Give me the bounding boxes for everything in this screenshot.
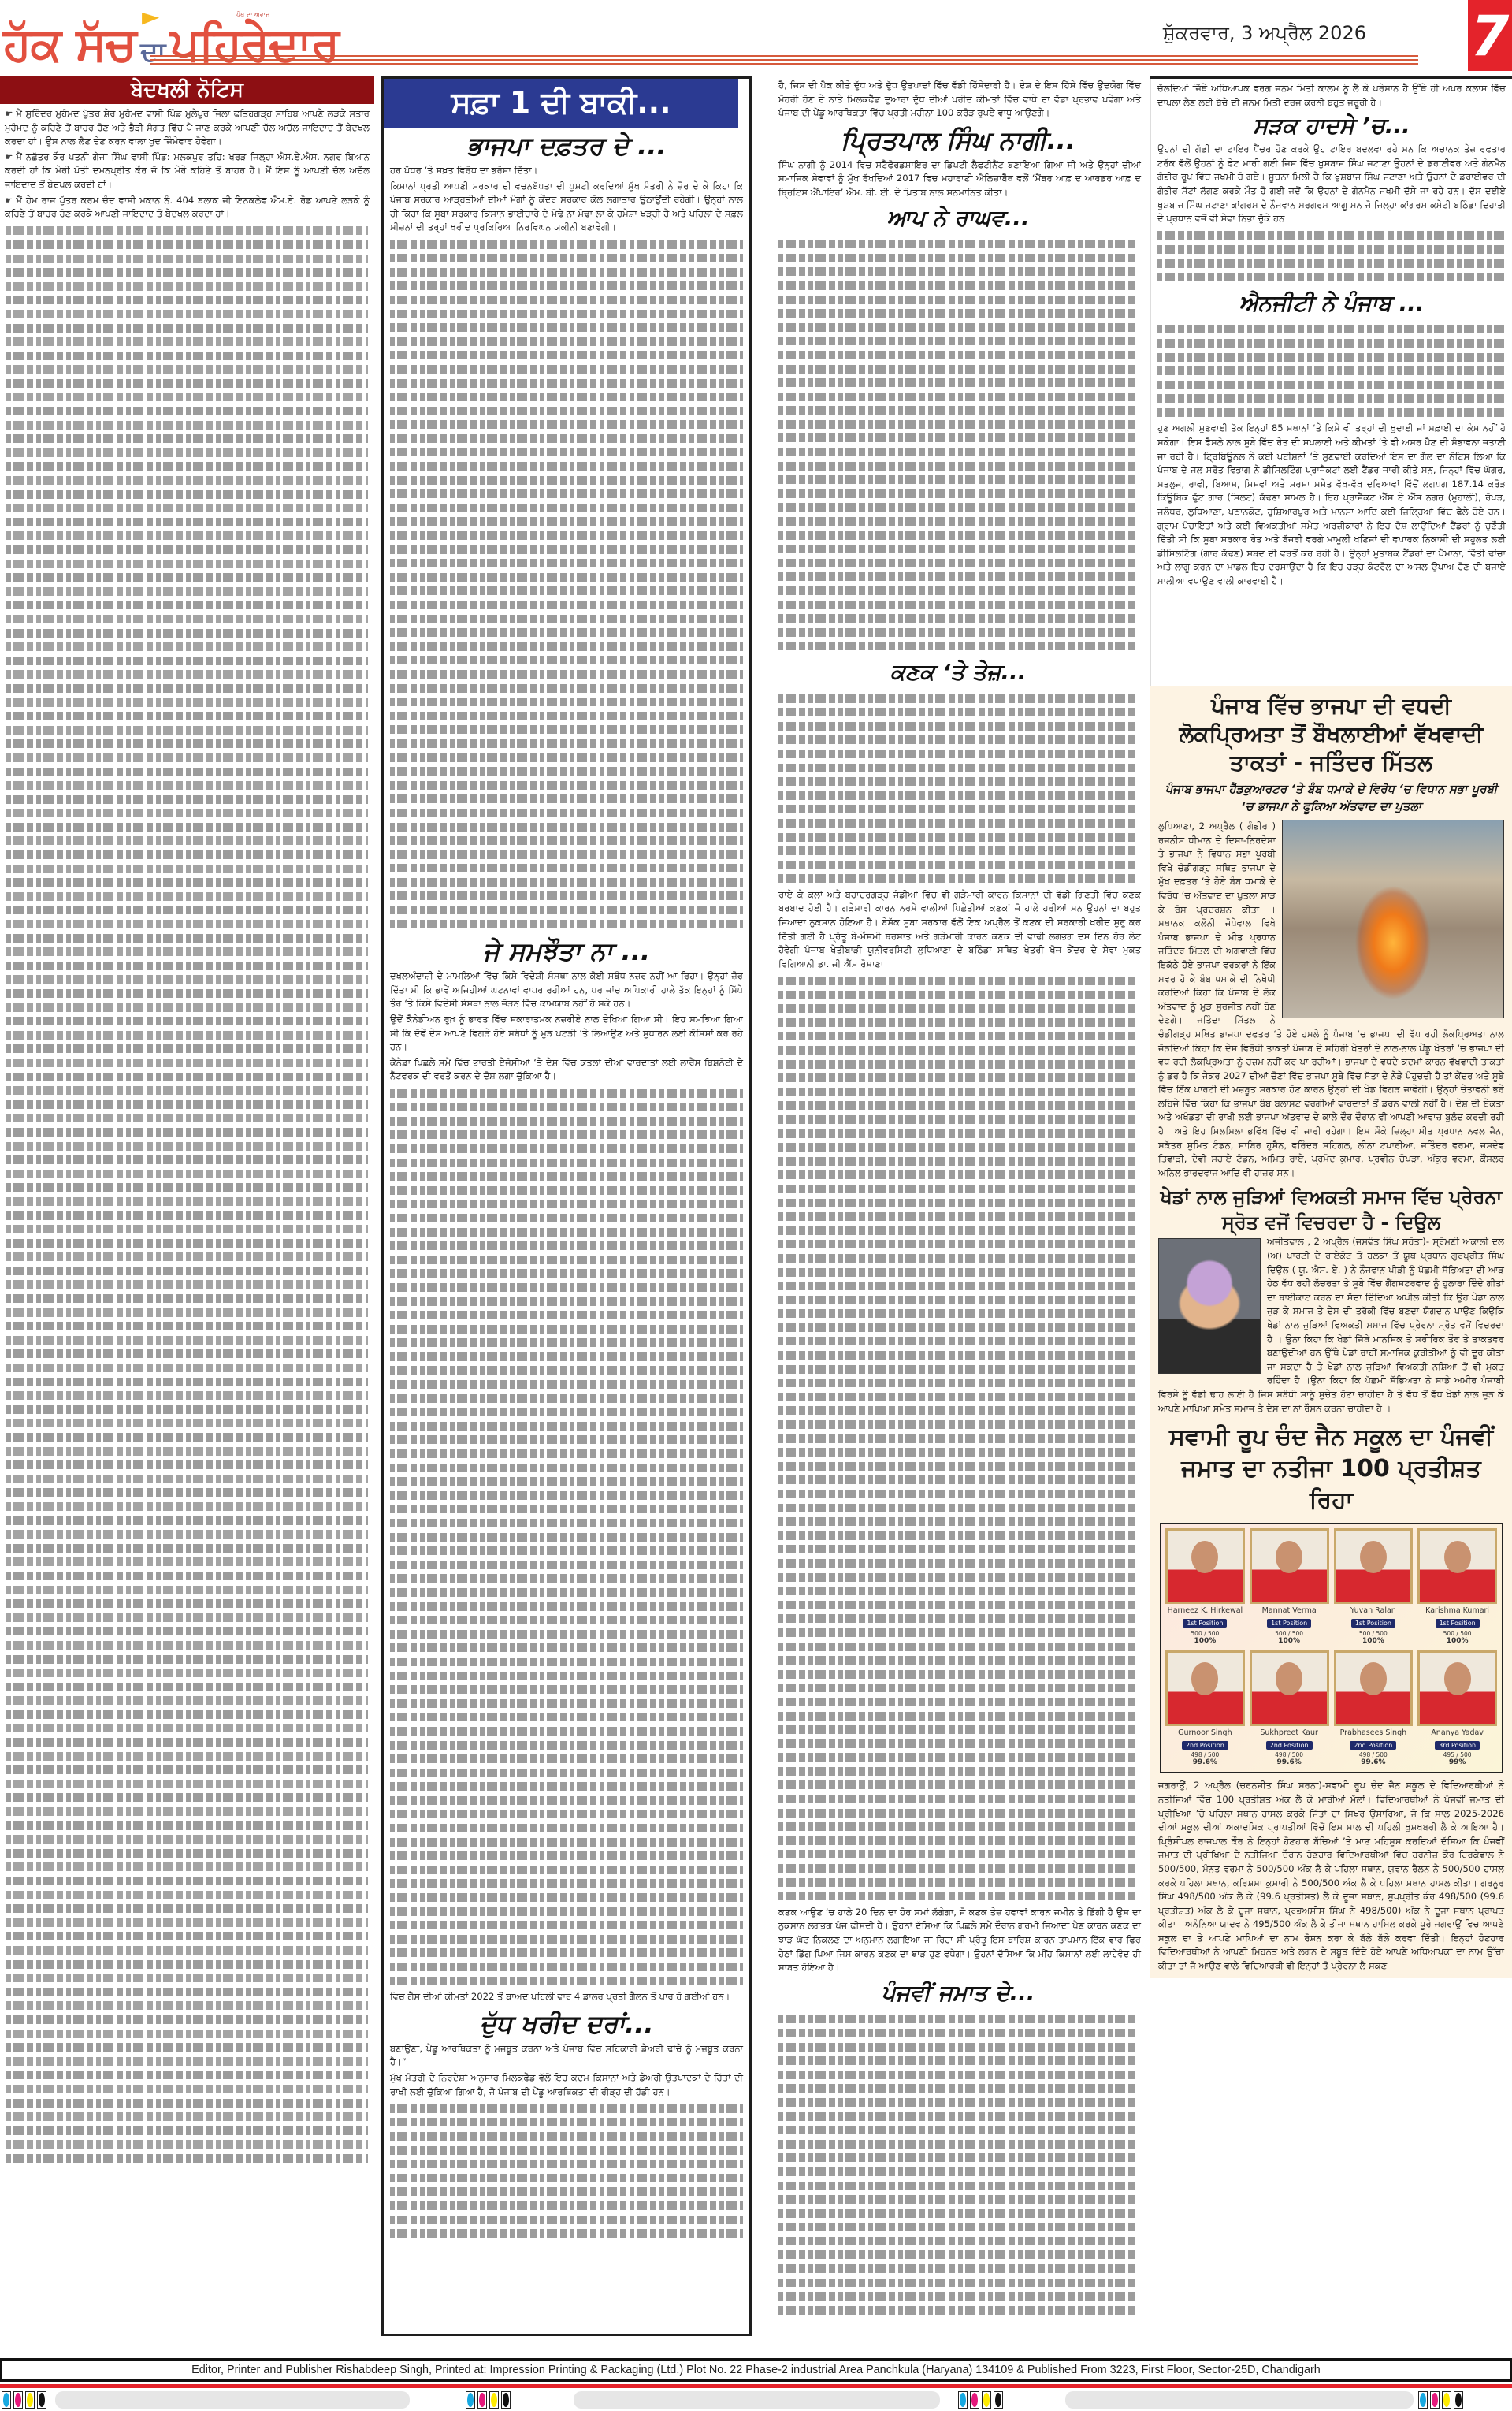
cmyk-registration-marks [958,2391,1003,2409]
article-text-continued [384,1089,749,1985]
student-name: Prabhasees Singh [1334,1728,1414,1738]
article-text-continued [772,977,1144,1900]
student-name: Ananya Yadav [1417,1728,1497,1738]
article-paragraph: ਸਿੰਘ ਨਾਗੀ ਨੂੰ 2014 ਵਿਚ ਸਟੈਫੋਰਡਸ਼ਾਇਰ ਦਾ ਡ… [772,158,1144,200]
student-score: 495 / 500 [1417,1751,1497,1758]
notice-text: ਮੈਂ ਸੁਰਿੰਦਰ ਮੁਹੰਮਦ ਪੁੱਤਰ ਸ਼ੇਰ ਮੁਹੰਮਦ ਵਾਸ… [5,108,370,147]
notice-item: ☛ਮੈਂ ਨਛੱਤਰ ਕੌਰ ਪਤਨੀ ਗੇਜਾ ਸਿੰਘ ਵਾਸੀ ਪਿੰਡ:… [0,151,374,192]
right-column: ਚੱਲਦਿਆਂ ਜਿੱਥੇ ਅਧਿਆਪਕ ਵਰਗ ਜਨਮ ਮਿਤੀ ਕਾਲਮ ਨ… [1150,76,1512,2336]
magenta-mark-icon [13,2391,23,2409]
story-subheadline: ਪੰਜਾਬ ਭਾਜਪਾ ਹੈੱਡਕੁਆਰਟਰ ‘ਤੇ ਬੰਬ ਧਮਾਕੇ ਦੇ … [1158,780,1504,815]
student-photo [1165,1650,1245,1726]
student-card: Harneez K. Hirkewal1st Position500 / 500… [1165,1528,1245,1646]
student-photo [1165,1528,1245,1604]
student-name: Karishma Kumari [1417,1605,1497,1616]
section-heading: ਸੜਕ ਹਾਦਸੇ ’ਚ... [1157,110,1506,143]
story-body: ਜਗਰਾਉਂ, 2 ਅਪ੍ਰੈਲ (ਚਰਨਜੀਤ ਸਿੰਘ ਸਰਨਾ)-ਸਵਾਮ… [1158,1779,1504,1973]
logo-text-part1: ਹੱਕ ਸੱਚ [3,20,136,68]
cmyk-registration-marks [2,2391,46,2409]
notice-item: ☛ਮੈਂ ਹੇਮ ਰਾਜ ਪੁੱਤਰ ਕਰਮ ਚੰਦ ਵਾਸੀ ਮਕਾਨ ਨੰ.… [0,194,374,221]
student-card: Sukhpreet Kaur2nd Position498 / 50099.6% [1250,1650,1329,1768]
article-text-continued [1157,325,1506,417]
story-headline: ਪੰਜਾਬ ਵਿੱਚ ਭਾਜਪਾ ਦੀ ਵਧਦੀ ਲੋਕਪ੍ਰਿਅਤਾ ਤੋਂ … [1158,692,1504,777]
student-photo [1250,1528,1329,1604]
article-text-continued [384,240,749,928]
article-paragraph: ਚੱਲਦਿਆਂ ਜਿੱਥੇ ਅਧਿਆਪਕ ਵਰਗ ਜਨਮ ਮਿਤੀ ਕਾਲਮ ਨ… [1157,82,1506,110]
position-badge: 2nd Position [1266,1741,1313,1750]
student-name: Gurnoor Singh [1165,1728,1245,1738]
position-badge: 1st Position [1267,1619,1311,1628]
pointing-hand-icon: ☛ [5,151,13,162]
article-paragraph: ਵਿਚ ਗੈਸ ਦੀਆਂ ਕੀਮਤਾਂ 2022 ਤੋਂ ਬਾਅਦ ਪਹਿਲੀ … [384,1990,749,2004]
masthead-rules [150,55,1418,69]
section-heading: ਪੰਜਵੀਂ ਜਮਾਤ ਦੇ... [772,1977,1144,2010]
print-registration-strip [0,2390,1512,2411]
section-heading: ਆਪ ਨੇ ਰਾਘਵ... [772,202,1144,235]
student-score: 498 / 500 [1165,1751,1245,1758]
story-headline: ਖੇਡਾਂ ਨਾਲ ਜੁੜਿਆਂ ਵਿਅਕਤੀ ਸਮਾਜ ਵਿੱਚ ਪ੍ਰੇਰਨ… [1158,1185,1504,1235]
continued-stories-column: ਸਫ਼ਾ 1 ਦੀ ਬਾਕੀ... ਭਾਜਪਾ ਦਫ਼ਤਰ ਦੇ ... ਹਰ … [381,76,752,2336]
registration-bar [1065,2391,1414,2409]
publisher-imprint: Editor, Printer and Publisher Rishabdeep… [0,2358,1512,2382]
article-paragraph: ਉਹਨਾਂ ਦੀ ਗੱਡੀ ਦਾ ਟਾਇਰ ਪੈਂਚਰ ਹੋਣ ਕਰਕੇ ਉਹ … [1157,143,1506,226]
article-paragraph: ਹਰ ਪੱਧਰ ‘ਤੇ ਸਖ਼ਤ ਵਿਰੋਧ ਦਾ ਭਰੋਸਾ ਦਿੱਤਾ। [384,164,749,178]
student-score: 498 / 500 [1250,1751,1329,1758]
cyan-mark-icon [2,2391,11,2409]
continued-from-page1-banner: ਸਫ਼ਾ 1 ਦੀ ਬਾਕੀ... [384,79,738,128]
article-text-continued [772,694,1144,884]
student-photo [1334,1528,1414,1604]
student-card: Prabhasees Singh2nd Position498 / 50099.… [1334,1650,1414,1768]
student-card: Karishma Kumari1st Position500 / 500100% [1417,1528,1497,1646]
yellow-mark-icon [1442,2391,1451,2409]
magenta-mark-icon [1430,2391,1440,2409]
article-paragraph: ਕਣਕ ਆਉਣ ‘ਚ ਹਾਲੇ 20 ਦਿਨ ਦਾ ਹੋਰ ਸਮਾਂ ਲੱਗੇਗ… [772,1906,1144,1975]
notice-text: ਮੈਂ ਹੇਮ ਰਾਜ ਪੁੱਤਰ ਕਰਮ ਚੰਦ ਵਾਸੀ ਮਕਾਨ ਨੰ. … [5,195,370,220]
effigy-burning-protest-photo [1282,820,1504,1018]
position-badge: 3rd Position [1435,1741,1480,1750]
cmyk-registration-marks [1418,2391,1463,2409]
student-score: 500 / 500 [1165,1630,1245,1637]
student-card: Gurnoor Singh2nd Position498 / 50099.6% [1165,1650,1245,1768]
logo-tagline: ਪੰਥ ਦਾ ਅਵਾਜ਼ [236,11,269,19]
cyan-mark-icon [466,2391,475,2409]
position-badge: 2nd Position [1350,1741,1396,1750]
article-paragraph: ਹੈ, ਜਿਸ ਦੀ ਪੈਕ ਕੀਤੇ ਦੁੱਧ ਅਤੇ ਦੁੱਧ ਉਤਪਾਦਾ… [772,79,1144,121]
section-heading: ਜੇ ਸਮਝੌਤਾ ਨਾ ... [384,933,749,969]
dateline: ਲੁਧਿਆਣਾ, 2 ਅਪ੍ਰੈਲ ( ਗੰਭੀਰ ) [1158,820,1276,832]
article-text-continued [772,240,1144,650]
issue-date: ਸ਼ੁੱਕਰਵਾਰ, 3 ਅਪ੍ਰੈਲ 2026 [1163,22,1366,44]
student-percent: 99.6% [1165,1758,1245,1767]
student-card: Ananya Yadav3rd Position495 / 50099% [1417,1650,1497,1768]
student-percent: 100% [1334,1637,1414,1646]
magenta-mark-icon [970,2391,979,2409]
student-percent: 99.6% [1334,1758,1414,1767]
black-mark-icon [994,2391,1003,2409]
section-heading: ਭਾਜਪਾ ਦਫ਼ਤਰ ਦੇ ... [384,128,749,164]
student-name: Sukhpreet Kaur [1250,1728,1329,1738]
student-name: Yuvan Ralan [1334,1605,1414,1616]
flag-icon [142,13,159,30]
article-text-continued [1157,231,1506,281]
article-paragraph: ਹੁਣ ਅਗਲੀ ਸੁਣਵਾਈ ਤੱਕ ਇਨ੍ਹਾਂ 85 ਸਥਾਨਾਂ ‘ਤੇ… [1157,422,1506,588]
notice-text: ਮੈਂ ਨਛੱਤਰ ਕੌਰ ਪਤਨੀ ਗੇਜਾ ਸਿੰਘ ਵਾਸੀ ਪਿੰਡ: … [5,151,370,190]
student-score: 500 / 500 [1250,1630,1329,1637]
student-percent: 100% [1417,1637,1497,1646]
student-percent: 99% [1417,1758,1497,1767]
continued-stories-column-2: ਹੈ, ਜਿਸ ਦੀ ਪੈਕ ਕੀਤੇ ਦੁੱਧ ਅਤੇ ਦੁੱਧ ਉਤਪਾਦਾ… [772,76,1144,2336]
student-photo [1250,1650,1329,1726]
student-score: 498 / 500 [1334,1751,1414,1758]
article-text-continued [384,2104,749,2238]
section-heading: ਦੁੱਧ ਖਰੀਦ ਦਰਾਂ... [384,2006,749,2042]
student-percent: 99.6% [1250,1758,1329,1767]
article-paragraph: ਉਦੋਂ ਕੈਨੇਡੀਅਨ ਰੁਖ਼ ਨੂੰ ਭਾਰਤ ਵਿੱਚ ਸਕਾਰਾਤਮ… [384,1013,749,1055]
registration-bar [55,2391,410,2409]
story-headline: ਸਵਾਮੀ ਰੂਪ ਚੰਦ ਜੈਨ ਸਕੂਲ ਦਾ ਪੰਜਵੀਂ ਜਮਾਤ ਦਾ… [1158,1422,1504,1516]
student-card: Yuvan Ralan1st Position500 / 500100% [1334,1528,1414,1646]
portrait-photo-turbaned-man [1158,1238,1261,1374]
position-badge: 2nd Position [1182,1741,1228,1750]
yellow-mark-icon [489,2391,499,2409]
yellow-mark-icon [25,2391,35,2409]
student-name: Harneez K. Hirkewal [1165,1605,1245,1616]
article-paragraph: ਮੁੱਖ ਮੰਤਰੀ ਦੇ ਨਿਰਦੇਸ਼ਾਂ ਅਨੁਸਾਰ ਮਿਲਕਫੈੱਡ … [384,2071,749,2099]
position-badge: 1st Position [1351,1619,1395,1628]
notice-text-continued [0,226,374,2163]
student-results-photo-grid: Harneez K. Hirkewal1st Position500 / 500… [1160,1523,1503,1773]
section-heading: ਐਨਜੀਟੀ ਨੇ ਪੰਜਾਬ ... [1157,287,1506,320]
position-badge: 1st Position [1183,1619,1227,1628]
black-mark-icon [37,2391,46,2409]
magenta-mark-icon [477,2391,487,2409]
article-text-continued [772,2015,1144,2314]
black-mark-icon [501,2391,511,2409]
article-paragraph: ਰਾਏ ਕੇ ਕਲਾਂ ਅਤੇ ਬਹਾਦਰਗੜ੍ਹ ਜੰਡੀਆਂ ਵਿੱਚ ਵੀ… [772,888,1144,972]
cmyk-registration-marks [466,2391,511,2409]
student-card: Mannat Verma1st Position500 / 500100% [1250,1528,1329,1646]
pointing-hand-icon: ☛ [5,195,13,206]
student-percent: 100% [1250,1637,1329,1646]
page-number-badge: 7 [1468,0,1512,71]
eviction-notices-column: ਬੇਦਖਲੀ ਨੋਟਿਸ ☛ਮੈਂ ਸੁਰਿੰਦਰ ਮੁਹੰਮਦ ਪੁੱਤਰ ਸ… [0,76,374,2336]
student-name: Mannat Verma [1250,1605,1329,1616]
registration-bar [574,2391,940,2409]
yellow-mark-icon [982,2391,991,2409]
article-paragraph: ਕਿਸਾਨਾਂ ਪ੍ਰਤੀ ਆਪਣੀ ਸਰਕਾਰ ਦੀ ਵਚਨਬੱਧਤਾ ਦੀ … [384,180,749,235]
dateline: ਜਗਰਾਉਂ, 2 ਅਪ੍ਰੈਲ (ਚਰਨਜੀਤ ਸਿੰਘ ਸਰਨਾ)- [1158,1780,1325,1791]
footer-red-rule [0,2384,1512,2388]
notice-item: ☛ਮੈਂ ਸੁਰਿੰਦਰ ਮੁਹੰਮਦ ਪੁੱਤਰ ਸ਼ੇਰ ਮੁਹੰਮਦ ਵਾ… [0,107,374,149]
black-mark-icon [1454,2391,1463,2409]
article-paragraph: ਬਣਾਉਣਾ, ਪੇਂਡੂ ਆਰਥਿਕਤਾ ਨੂੰ ਮਜ਼ਬੂਤ ਕਰਨਾ ਅਤ… [384,2042,749,2070]
section-heading: ਕਣਕ ‘ਤੇ ਤੇਜ਼... [772,656,1144,689]
masthead: ਹੱਕ ਸੱਚ ਦਾ ਪਹਿਰੇਦਾਰ ਪੰਥ ਦਾ ਅਵਾਜ਼ ਸ਼ੁੱਕਰਵ… [0,0,1512,73]
continued-news-box: ਚੱਲਦਿਆਂ ਜਿੱਥੇ ਅਧਿਆਪਕ ਵਰਗ ਜਨਮ ਮਿਤੀ ਕਾਲਮ ਨ… [1150,79,1512,686]
student-photo [1417,1528,1497,1604]
student-photo [1334,1650,1414,1726]
article-paragraph: ਕੈਨੇਡਾ ਪਿਛਲੇ ਸਮੇਂ ਵਿੱਚ ਭਾਰਤੀ ਏਜੰਸੀਆਂ ‘ਤੇ… [384,1056,749,1084]
position-badge: 1st Position [1436,1619,1480,1628]
student-percent: 100% [1165,1637,1245,1646]
section-heading: ਪ੍ਰਿਤਪਾਲ ਸਿੰਘ ਨਾਗੀ... [772,122,1144,158]
pointing-hand-icon: ☛ [5,108,13,119]
cyan-mark-icon [958,2391,968,2409]
cyan-mark-icon [1418,2391,1428,2409]
student-score: 500 / 500 [1334,1630,1414,1637]
student-photo [1417,1650,1497,1726]
bjp-protest-story: ਪੰਜਾਬ ਵਿੱਚ ਭਾਜਪਾ ਦੀ ਵਧਦੀ ਲੋਕਪ੍ਰਿਅਤਾ ਤੋਂ … [1150,686,1512,1978]
article-paragraph: ਦਖਲਅੰਦਾਜ਼ੀ ਦੇ ਮਾਮਲਿਆਂ ਵਿੱਚ ਕਿਸੇ ਵਿਦੇਸ਼ੀ … [384,969,749,1011]
dateline: ਅਜੀਤਵਾਲ , 2 ਅਪ੍ਰੈਲ (ਜਸਵੰਤ ਸਿੰਘ ਸਹੋਤਾ)- [1267,1236,1429,1247]
eviction-notices-banner: ਬੇਦਖਲੀ ਨੋਟਿਸ [0,76,374,104]
student-score: 500 / 500 [1417,1630,1497,1637]
story-text: ਸਵਾਮੀ ਰੂਪ ਚੰਦ ਜੈਨ ਸਕੂਲ ਦੇ ਵਿਦਿਆਰਥੀਆਂ ਨੇ … [1158,1780,1504,1971]
